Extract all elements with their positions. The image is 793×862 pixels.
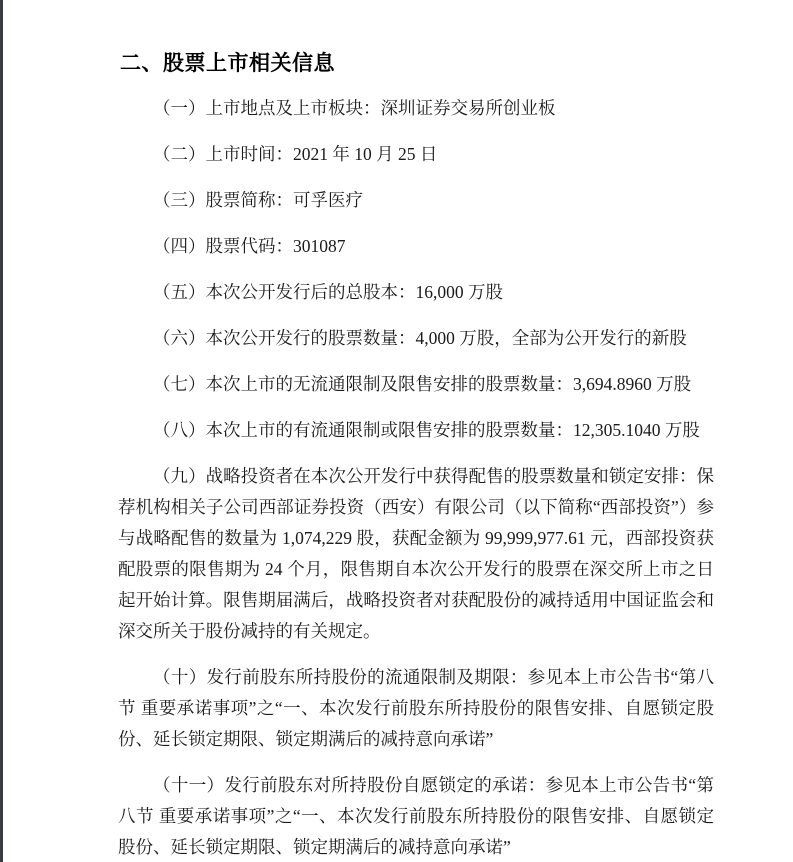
page-left-border [0, 0, 3, 862]
item-unrestricted-share-count: （七）本次上市的无流通限制及限售安排的股票数量：3,694.8960 万股 [118, 369, 714, 400]
item-restricted-share-count: （八）本次上市的有流通限制或限售安排的股票数量：12,305.1040 万股 [118, 415, 714, 446]
item-total-share-capital: （五）本次公开发行后的总股本：16,000 万股 [118, 277, 714, 308]
item-voluntary-lockup-commitment: （十一）发行前股东对所持股份自愿锁定的承诺：参见本上市公告书“第八节 重要承诺事… [118, 770, 714, 862]
item-listing-date: （二）上市时间：2021 年 10 月 25 日 [118, 139, 714, 170]
document-content: 二、股票上市相关信息 （一）上市地点及上市板块：深圳证券交易所创业板 （二）上市… [118, 0, 714, 862]
item-offering-share-count: （六）本次公开发行的股票数量：4,000 万股，全部为公开发行的新股 [118, 323, 714, 354]
item-stock-short-name: （三）股票简称：可孚医疗 [118, 185, 714, 216]
item-stock-code: （四）股票代码：301087 [118, 231, 714, 262]
document-page: 二、股票上市相关信息 （一）上市地点及上市板块：深圳证券交易所创业板 （二）上市… [0, 0, 793, 862]
item-listing-location: （一）上市地点及上市板块：深圳证券交易所创业板 [118, 93, 714, 124]
item-pre-ipo-shareholder-restriction: （十）发行前股东所持股份的流通限制及期限：参见本上市公告书“第八节 重要承诺事项… [118, 662, 714, 755]
item-strategic-investor-allocation: （九）战略投资者在本次公开发行中获得配售的股票数量和锁定安排：保荐机构相关子公司… [118, 461, 714, 647]
section-title: 二、股票上市相关信息 [120, 50, 714, 78]
